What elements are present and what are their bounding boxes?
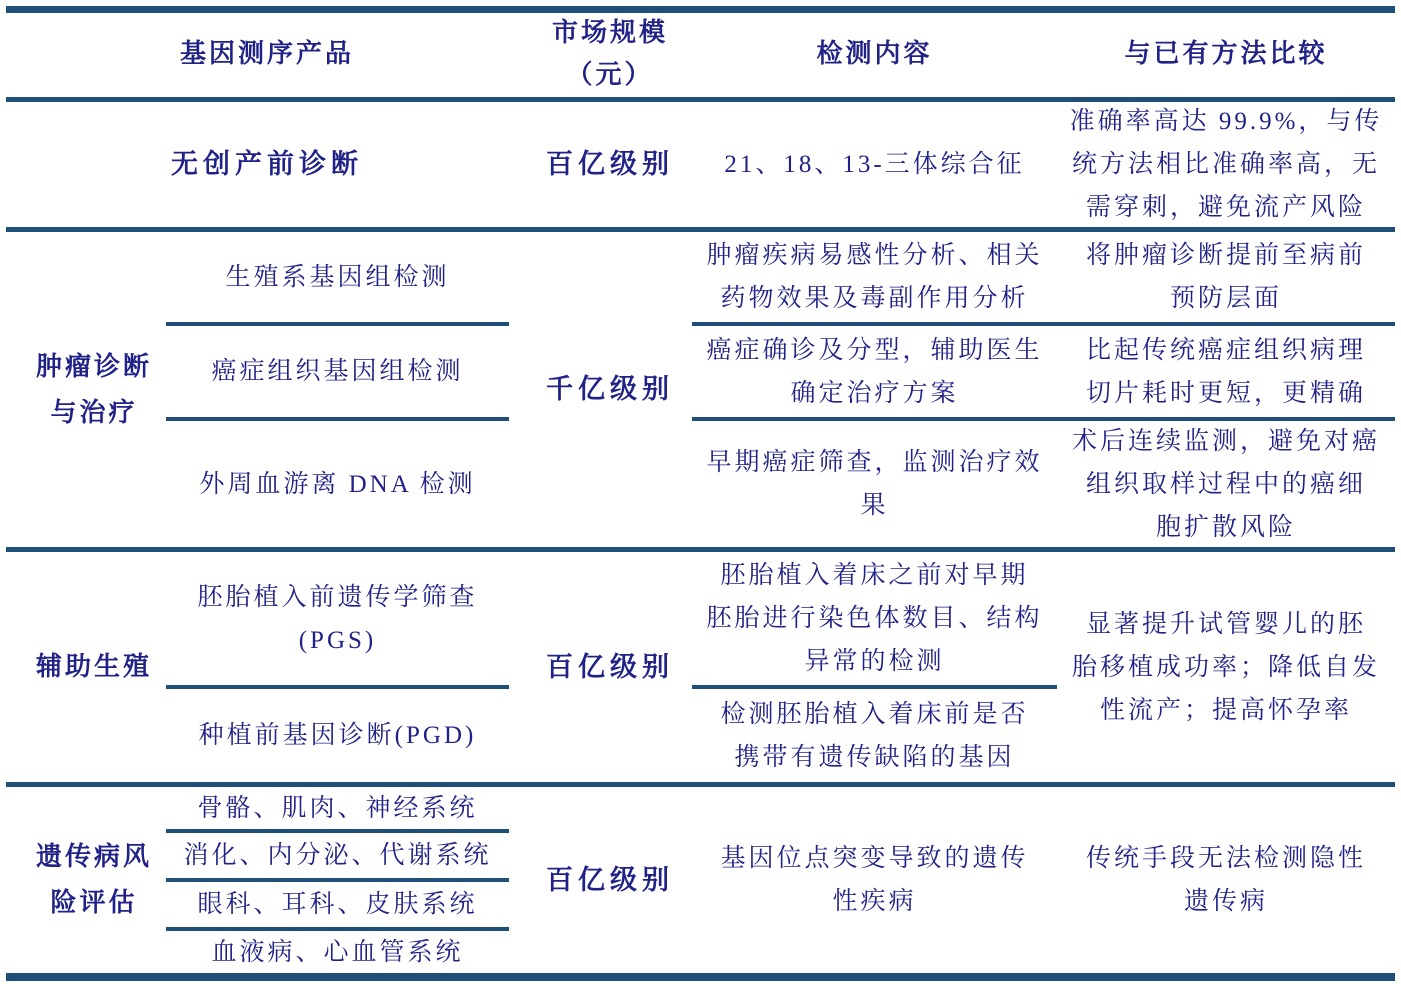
reproduction-row-product: 胚胎植入前遗传学筛查 (PGS) — [166, 552, 509, 685]
reproduction-row-content: 检测胚胎植入着床前是否 携带有遗传缺陷的基因 — [692, 689, 1057, 782]
tumor-row-comparison: 术后连续监测，避免对癌 组织取样过程中的癌细 胞扩散风险 — [1057, 421, 1395, 547]
reproduction-row-product: 种植前基因诊断(PGD) — [166, 689, 509, 782]
prenatal-content: 21、18、13-三体综合征 — [692, 102, 1057, 227]
tumor-row-content: 肿瘤疾病易感性分析、相关 药物效果及毒副作用分析 — [692, 232, 1057, 322]
genetic-system-item: 血液病、心血管系统 — [166, 931, 509, 973]
header-comparison: 与已有方法比较 — [1057, 11, 1395, 97]
genetic-system-item: 骨骼、肌肉、神经系统 — [166, 787, 509, 829]
tumor-market: 千亿级别 — [520, 232, 700, 547]
tumor-row-comparison: 比起传统癌症组织病理 切片耗时更短，更精确 — [1057, 326, 1395, 417]
header-content: 检测内容 — [692, 11, 1057, 97]
tumor-row-product: 外周血游离 DNA 检测 — [166, 421, 509, 547]
tumor-row-content: 癌症确诊及分型，辅助医生 确定治疗方案 — [692, 326, 1057, 417]
header-market: 市场规模 （元） — [520, 11, 700, 97]
gene-sequencing-products-table: 基因测序产品 市场规模 （元） 检测内容 与已有方法比较 无创产前诊断 百亿级别… — [0, 0, 1401, 984]
genetic-comparison: 传统手段无法检测隐性 遗传病 — [1057, 787, 1395, 973]
genetic-market: 百亿级别 — [520, 787, 700, 973]
tumor-group-label: 肿瘤诊断 与治疗 — [20, 232, 168, 547]
prenatal-market: 百亿级别 — [520, 102, 700, 227]
tumor-row-comparison: 将肿瘤诊断提前至病前 预防层面 — [1057, 232, 1395, 322]
reproduction-row-content: 胚胎植入着床之前对早期 胚胎进行染色体数目、结构 异常的检测 — [692, 552, 1057, 685]
tumor-row-content: 早期癌症筛查，监测治疗效 果 — [692, 421, 1057, 547]
tumor-row-product: 癌症组织基因组检测 — [166, 326, 509, 417]
prenatal-comparison: 准确率高达 99.9%，与传 统方法相比准确率高，无 需穿刺，避免流产风险 — [1057, 102, 1395, 227]
prenatal-product: 无创产前诊断 — [25, 102, 509, 227]
genetic-content: 基因位点突变导致的遗传 性疾病 — [692, 787, 1057, 973]
genetic-system-item: 消化、内分泌、代谢系统 — [166, 833, 509, 878]
reproduction-group-label: 辅助生殖 — [20, 552, 168, 782]
reproduction-comparison: 显著提升试管婴儿的胚 胎移植成功率；降低自发 性流产；提高怀孕率 — [1057, 552, 1395, 782]
reproduction-market: 百亿级别 — [520, 552, 700, 782]
genetic-group-label: 遗传病风 险评估 — [20, 787, 168, 973]
header-product: 基因测序产品 — [25, 11, 509, 97]
tumor-row-product: 生殖系基因组检测 — [166, 232, 509, 322]
genetic-system-item: 眼科、耳科、皮肤系统 — [166, 882, 509, 927]
table-bottom-rule — [6, 973, 1395, 981]
